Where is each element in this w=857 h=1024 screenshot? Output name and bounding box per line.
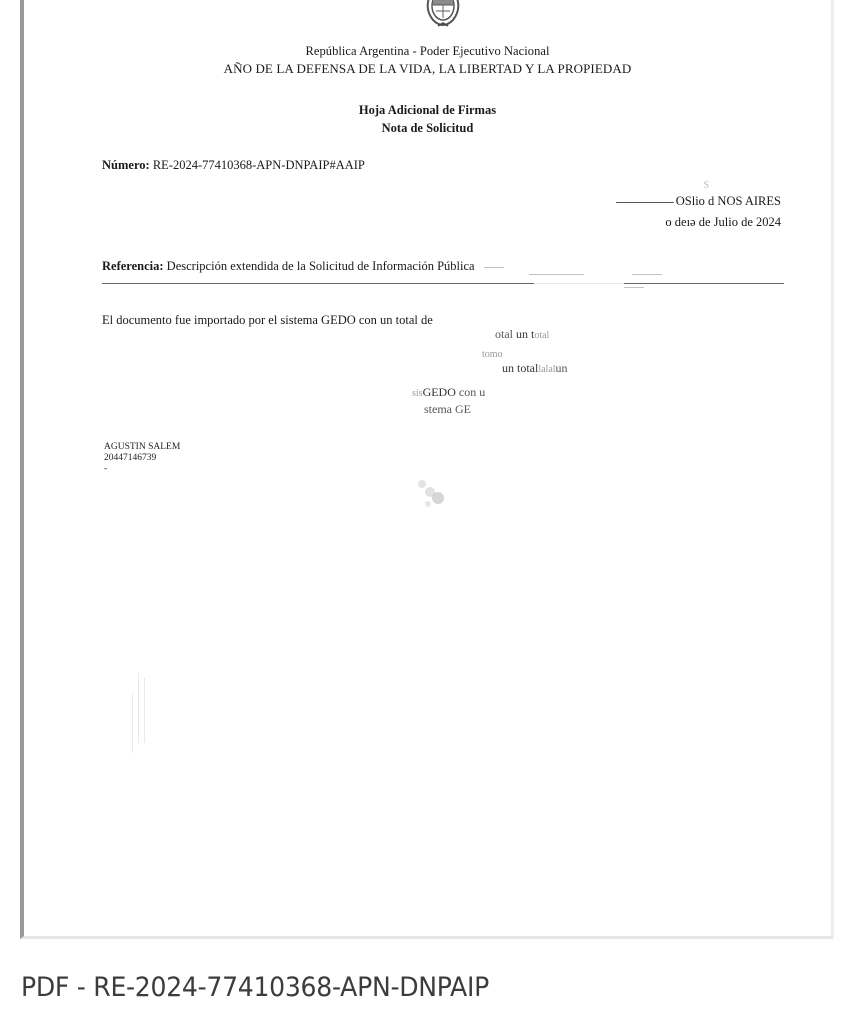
- faint-scan-lines: [132, 673, 152, 743]
- header-republica: República Argentina - Poder Ejecutivo Na…: [24, 44, 831, 59]
- reference-divider: [102, 283, 784, 284]
- place-line: OSlio d NOS AIRES: [616, 191, 781, 212]
- signer-name: AGUSTIN SALEM: [104, 442, 180, 453]
- place-ghost-text: S: [616, 181, 709, 191]
- ghost-line-artifact: [484, 267, 504, 268]
- referencia-label: Referencia:: [102, 259, 164, 273]
- ghost-line-artifact: [529, 274, 584, 275]
- ghost-line-artifact: [624, 287, 644, 288]
- document-body-text: El documento fue importado por el sistem…: [102, 313, 433, 328]
- signer-extra: -: [104, 464, 180, 475]
- place-date-block: S OSlio d NOS AIRES o deıə de Julio de 2…: [616, 181, 781, 233]
- text-artifact: un totallalalun: [502, 361, 568, 376]
- pdf-viewer: República Argentina - Poder Ejecutivo Na…: [0, 0, 857, 1024]
- date-text: o deıə de Julio de 2024: [616, 212, 781, 233]
- document-title: Hoja Adicional de Firmas: [24, 101, 831, 119]
- referencia-value: Descripción extendida de la Solicitud de…: [167, 259, 475, 273]
- document-reference: Referencia: Descripción extendida de la …: [102, 259, 475, 274]
- numero-value: RE-2024-77410368-APN-DNPAIP#AAIP: [153, 158, 365, 172]
- ghost-line-artifact: [632, 274, 662, 275]
- header-year-motto: AÑO DE LA DEFENSA DE LA VIDA, LA LIBERTA…: [24, 61, 831, 77]
- place-prefix: O: [676, 194, 685, 208]
- text-artifact: stema GE: [424, 402, 471, 417]
- text-artifact: tomo: [482, 346, 503, 361]
- signer-block: AGUSTIN SALEM 20447146739 -: [104, 442, 180, 475]
- document-number: Número: RE-2024-77410368-APN-DNPAIP#AAIP: [102, 158, 365, 173]
- text-artifact: otal un total: [495, 327, 549, 342]
- file-name-caption[interactable]: PDF - RE-2024-77410368-APN-DNPAIP: [21, 972, 489, 1003]
- divider-gap-artifact: [534, 280, 624, 286]
- scan-smudge-artifact: [416, 478, 446, 510]
- document-subtitle: Nota de Solicitud: [24, 119, 831, 137]
- text-artifact: sisGEDO con u: [412, 385, 485, 400]
- numero-label: Número:: [102, 158, 150, 172]
- document-title-block: Hoja Adicional de Firmas Nota de Solicit…: [24, 101, 831, 137]
- signer-id: 20447146739: [104, 453, 180, 464]
- strike-artifact: [616, 202, 674, 203]
- argentina-coat-of-arms-icon: [420, 0, 466, 32]
- place-text: Slio d NOS AIRES: [685, 194, 781, 208]
- pdf-page-preview[interactable]: República Argentina - Poder Ejecutivo Na…: [20, 0, 834, 939]
